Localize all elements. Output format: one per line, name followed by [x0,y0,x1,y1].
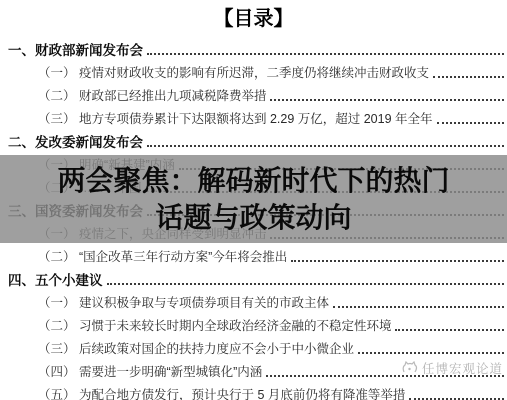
toc-dotted-leader [147,53,504,55]
toc-item: （二） “国企改革三年行动方案”今年将会推出 [8,245,504,268]
toc-item: （三） 后续政策对国企的扶持力度应不会小于中小微企业 [8,337,504,360]
watermark-text: 任博宏观论道 [422,359,503,377]
toc-item-label: （五） 为配合地方债发行，预计央行于 5 月底前仍将有降准等举措 [38,385,405,400]
toc-item-label: （四） 需要进一步明确“新型城镇化”内涵 [38,362,262,383]
toc-item: （二） 习惯于未来较长时期内全球政治经济金融的不稳定性环境 [8,314,504,337]
headline-line2: 话题与政策动向 [155,199,351,236]
toc-item-label: （三） 地方专项债券累计下达限额将达到 2.29 万亿，超过 2019 年全年 [38,109,433,130]
watermark: 任博宏观论道 [400,359,503,377]
toc-item-label: 一、财政部新闻发布会 [8,40,143,61]
watermark-logo-icon [400,361,419,375]
toc-item: 二、发改委新闻发布会 [8,130,504,153]
headline-overlay: 两会聚焦：解码新时代下的热门 话题与政策动向 [0,155,507,243]
toc-item: （一） 疫情对财政收支的影响有所迟滞，二季度仍将继续冲击财政收支 [8,61,504,84]
toc-item-label: （二） 习惯于未来较长时期内全球政治经济金融的不稳定性环境 [38,316,391,337]
headline-line1: 两会聚焦：解码新时代下的热门 [57,162,449,199]
toc-dotted-leader [270,99,504,101]
document-page: 【目录】 一、财政部新闻发布会 （一） 疫情对财政收支的影响有所迟滞，二季度仍将… [0,0,507,400]
toc-dotted-leader [437,122,504,124]
toc-dotted-leader [333,306,504,308]
toc-item-label: （二） “国企改革三年行动方案”今年将会推出 [38,247,287,268]
toc-item: 一、财政部新闻发布会 [8,38,504,61]
toc-item-label: （三） 后续政策对国企的扶持力度应不会小于中小微企业 [38,339,354,360]
toc-item: （一） 建议积极争取与专项债券项目有关的市政主体 [8,291,504,314]
toc-item: （五） 为配合地方债发行，预计央行于 5 月底前仍将有降准等举措 [8,383,504,400]
toc-dotted-leader [395,329,504,331]
toc-dotted-leader [358,352,504,354]
toc-item-label: （二） 财政部已经推出九项减税降费举措 [38,86,266,107]
toc-item: （三） 地方专项债券累计下达限额将达到 2.29 万亿，超过 2019 年全年 [8,107,504,130]
toc-dotted-leader [147,145,504,147]
page-title: 【目录】 [0,2,507,31]
toc-item-label: 二、发改委新闻发布会 [8,132,143,153]
toc-dotted-leader [291,260,504,262]
toc-item-label: （一） 建议积极争取与专项债券项目有关的市政主体 [38,293,329,314]
toc-item-label: （一） 疫情对财政收支的影响有所迟滞，二季度仍将继续冲击财政收支 [38,63,429,84]
toc-item: （二） 财政部已经推出九项减税降费举措 [8,84,504,107]
toc-item-label: 四、五个小建议 [8,270,103,291]
toc-item: 四、五个小建议 [8,268,504,291]
toc-dotted-leader [107,283,505,285]
toc-dotted-leader [433,76,504,78]
